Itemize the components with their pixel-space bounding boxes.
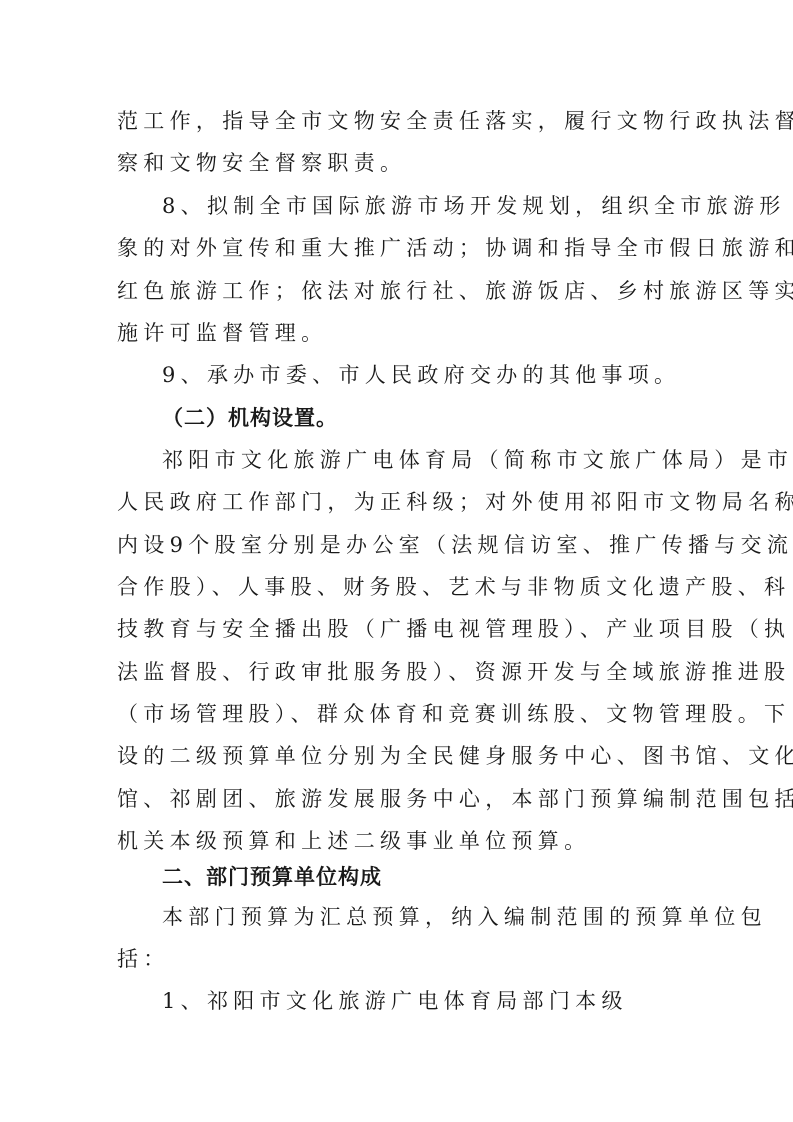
list-item-9: 9、承办市委、市人民政府交办的其他事项。 <box>162 360 722 390</box>
paragraph-line: 人民政府工作部门，为正科级；对外使用祁阳市文物局名称。 <box>117 487 677 517</box>
paragraph-line: 括： <box>117 944 677 974</box>
paragraph-line: 合作股）、人事股、财务股、艺术与非物质文化遗产股、科 <box>117 572 677 602</box>
paragraph-line: 本部门预算为汇总预算，纳入编制范围的预算单位包 <box>162 902 722 932</box>
list-item-1: 1、祁阳市文化旅游广电体育局部门本级 <box>162 986 722 1016</box>
paragraph-line: 红色旅游工作；依法对旅行社、旅游饭店、乡村旅游区等实 <box>117 276 677 306</box>
list-item-8: 8、拟制全市国际旅游市场开发规划，组织全市旅游形 <box>162 191 722 221</box>
paragraph-line: 法监督股、行政审批服务股）、资源开发与全域旅游推进股 <box>117 657 677 687</box>
paragraph-line: 内设9个股室分别是办公室（法规信访室、推广传播与交流 <box>117 530 677 560</box>
paragraph-line: （市场管理股）、群众体育和竞赛训练股、文物管理股。下 <box>117 699 677 729</box>
paragraph-line: 施许可监督管理。 <box>117 318 677 348</box>
paragraph-line: 察和文物安全督察职责。 <box>117 148 677 178</box>
paragraph-line: 祁阳市文化旅游广电体育局（简称市文旅广体局）是市 <box>162 445 722 475</box>
paragraph-line: 范工作，指导全市文物安全责任落实，履行文物行政执法督 <box>117 106 677 136</box>
paragraph-line: 机关本级预算和上述二级事业单位预算。 <box>117 826 677 856</box>
section-heading-budget-units: 二、部门预算单位构成 <box>162 862 722 892</box>
paragraph-line: 象的对外宣传和重大推广活动；协调和指导全市假日旅游和 <box>117 233 677 263</box>
paragraph-line: 馆、祁剧团、旅游发展服务中心，本部门预算编制范围包括 <box>117 784 677 814</box>
document-page: 范工作，指导全市文物安全责任落实，履行文物行政执法督 察和文物安全督察职责。 8… <box>0 0 793 1122</box>
paragraph-line: 技教育与安全播出股（广播电视管理股）、产业项目股（执 <box>117 614 677 644</box>
paragraph-line: 设的二级预算单位分别为全民健身服务中心、图书馆、文化 <box>117 741 677 771</box>
section-heading-org-setup: （二）机构设置。 <box>162 403 722 433</box>
